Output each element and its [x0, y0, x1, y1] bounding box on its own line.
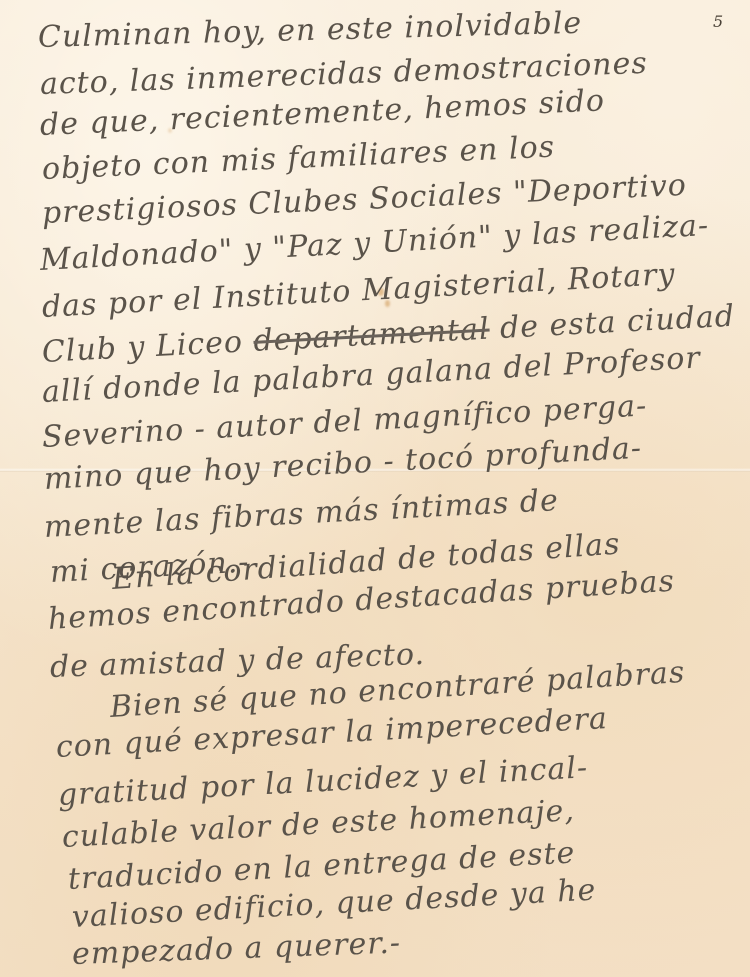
letter-page: 5 Culminan hoy, en este inolvidable acto…	[0, 0, 750, 977]
line-text: de esta ciudad	[489, 299, 736, 347]
page-number: 5	[713, 12, 723, 31]
handwritten-line: Culminan hoy, en este inolvidable	[38, 6, 583, 55]
handwritten-line: empezado a querer.-	[71, 926, 401, 972]
struck-word: departamental	[253, 312, 491, 359]
line-text: Club y Liceo	[41, 324, 254, 370]
